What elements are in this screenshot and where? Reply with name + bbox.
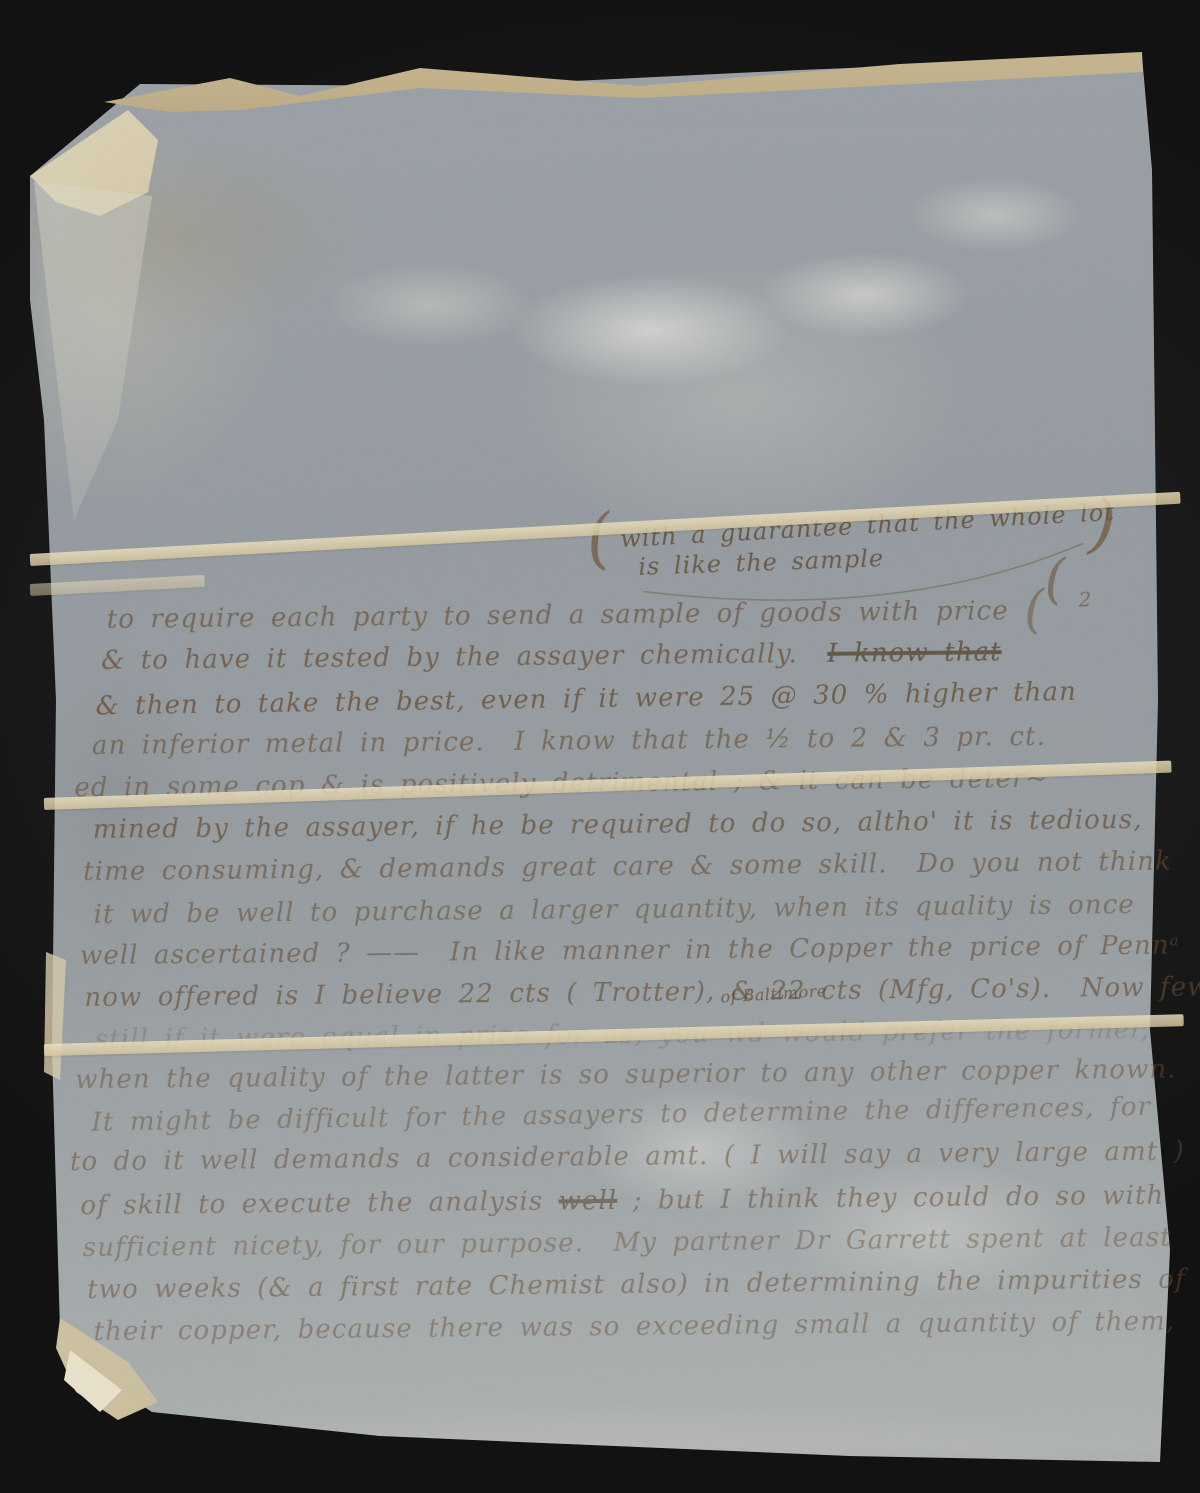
paper-grain-texture — [0, 0, 1200, 1493]
scan-background: ( with a guarantee that the whole lot is… — [0, 0, 1200, 1493]
superscript: a — [1170, 931, 1180, 949]
